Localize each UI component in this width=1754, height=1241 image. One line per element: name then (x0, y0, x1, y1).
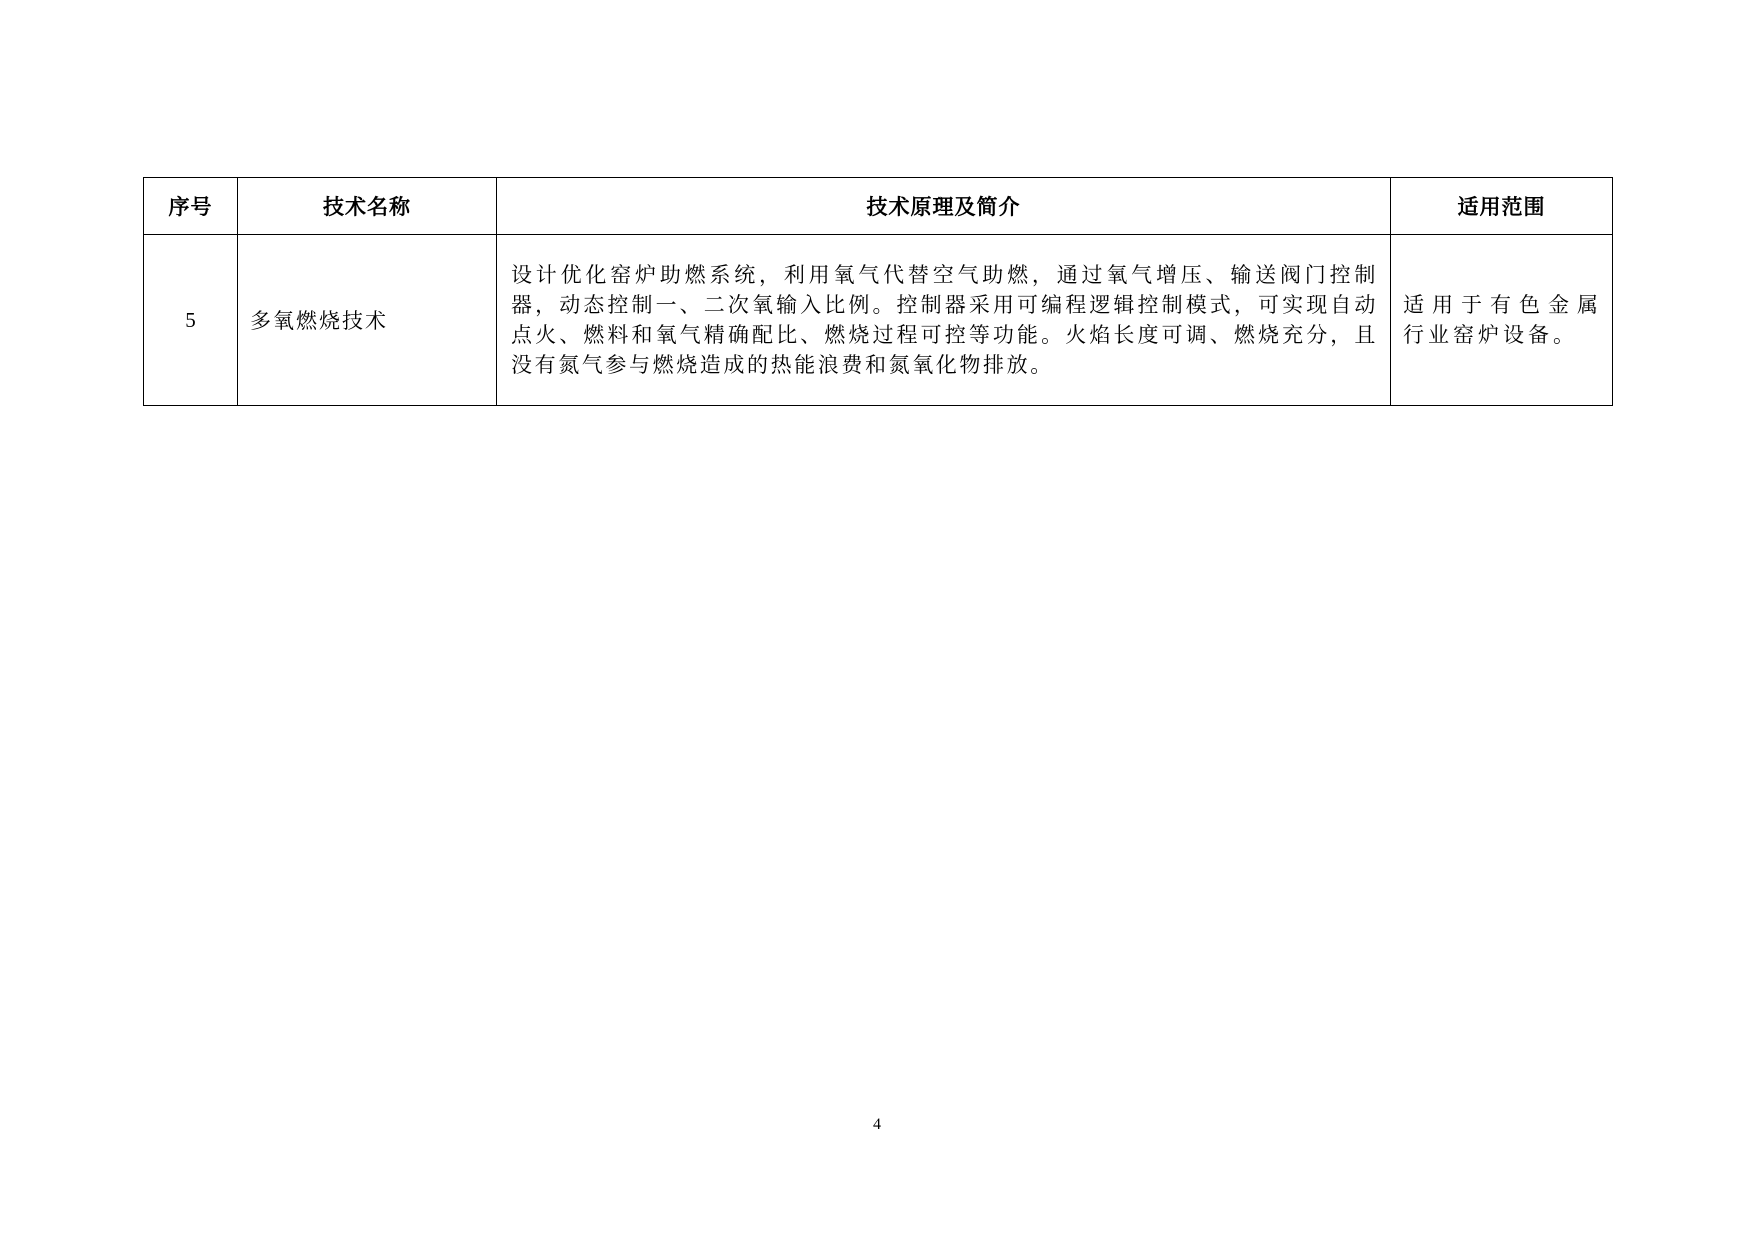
row-tech-name: 多氧燃烧技术 (238, 235, 497, 406)
header-applicable-scope: 适用范围 (1391, 178, 1613, 235)
row-applicable-scope: 适用于有色金属行业窑炉设备。 (1391, 235, 1613, 406)
page-number: 4 (0, 1116, 1754, 1134)
table-row: 5 多氧燃烧技术 设计优化窑炉助燃系统，利用氧气代替空气助燃，通过氧气增压、输送… (144, 235, 1613, 406)
row-tech-description: 设计优化窑炉助燃系统，利用氧气代替空气助燃，通过氧气增压、输送阀门控制器，动态控… (497, 235, 1391, 406)
row-seq: 5 (144, 235, 238, 406)
header-tech-description: 技术原理及简介 (497, 178, 1391, 235)
header-tech-name: 技术名称 (238, 178, 497, 235)
header-seq: 序号 (144, 178, 238, 235)
document-page: 序号 技术名称 技术原理及简介 适用范围 5 多氧燃烧技术 设计优化窑炉助燃系统… (0, 0, 1754, 1241)
technology-table: 序号 技术名称 技术原理及简介 适用范围 5 多氧燃烧技术 设计优化窑炉助燃系统… (143, 177, 1613, 406)
table-header-row: 序号 技术名称 技术原理及简介 适用范围 (144, 178, 1613, 235)
